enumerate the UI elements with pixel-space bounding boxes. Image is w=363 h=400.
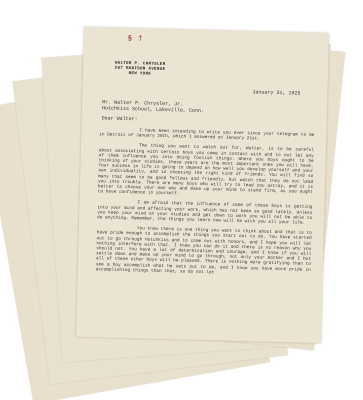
letterhead-city: NEW YORK — [95, 72, 185, 80]
paragraph: You know there is one thing you want to … — [96, 225, 312, 277]
letter-body: I have been intending to write you ever … — [96, 127, 315, 283]
letterhead: WALTER P. CHRYSLER 297 MADISON AVENUE NE… — [95, 61, 185, 79]
recipient-address: Hotchkiss School, Lakeville, Conn. — [102, 105, 204, 114]
ink-mark: § † — [128, 36, 144, 42]
paragraph: I am afraid that the influence of some o… — [97, 200, 312, 226]
salutation: Dear Walter: — [102, 115, 138, 122]
paragraph: I have been intending to write you ever … — [99, 127, 314, 143]
letter-front-page: § † WALTER P. CHRYSLER 297 MADISON AVENU… — [76, 27, 329, 343]
letter-date: January 31, 1925 — [252, 89, 300, 96]
recipient-block: Mr. Walter P. Chrysler, Jr. Hotchkiss Sc… — [102, 99, 204, 114]
paragraph: The thing you want to watch out for, Wal… — [98, 143, 314, 201]
